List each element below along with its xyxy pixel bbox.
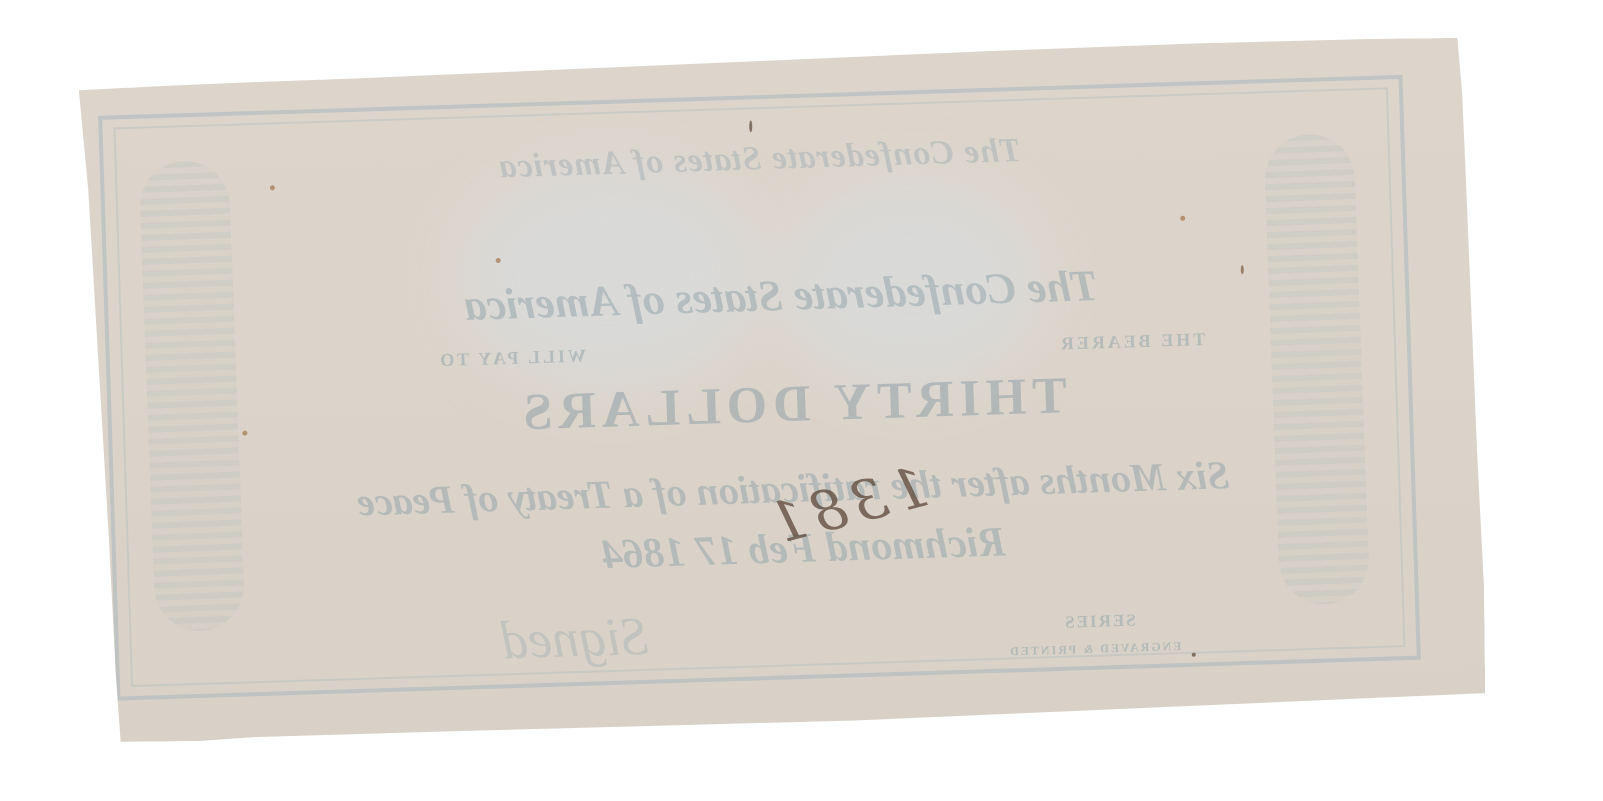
right-ornament xyxy=(1263,133,1370,606)
banknote: The Confederate States of America The Co… xyxy=(78,38,1485,743)
left-ornament xyxy=(138,160,245,633)
paper-speck xyxy=(496,258,501,263)
paper-speck xyxy=(749,120,752,132)
paper-speck xyxy=(1180,216,1185,221)
paper-speck xyxy=(242,431,247,436)
paper-speck xyxy=(1241,265,1244,274)
paper-speck xyxy=(270,185,275,190)
paper-speck xyxy=(1192,653,1196,657)
